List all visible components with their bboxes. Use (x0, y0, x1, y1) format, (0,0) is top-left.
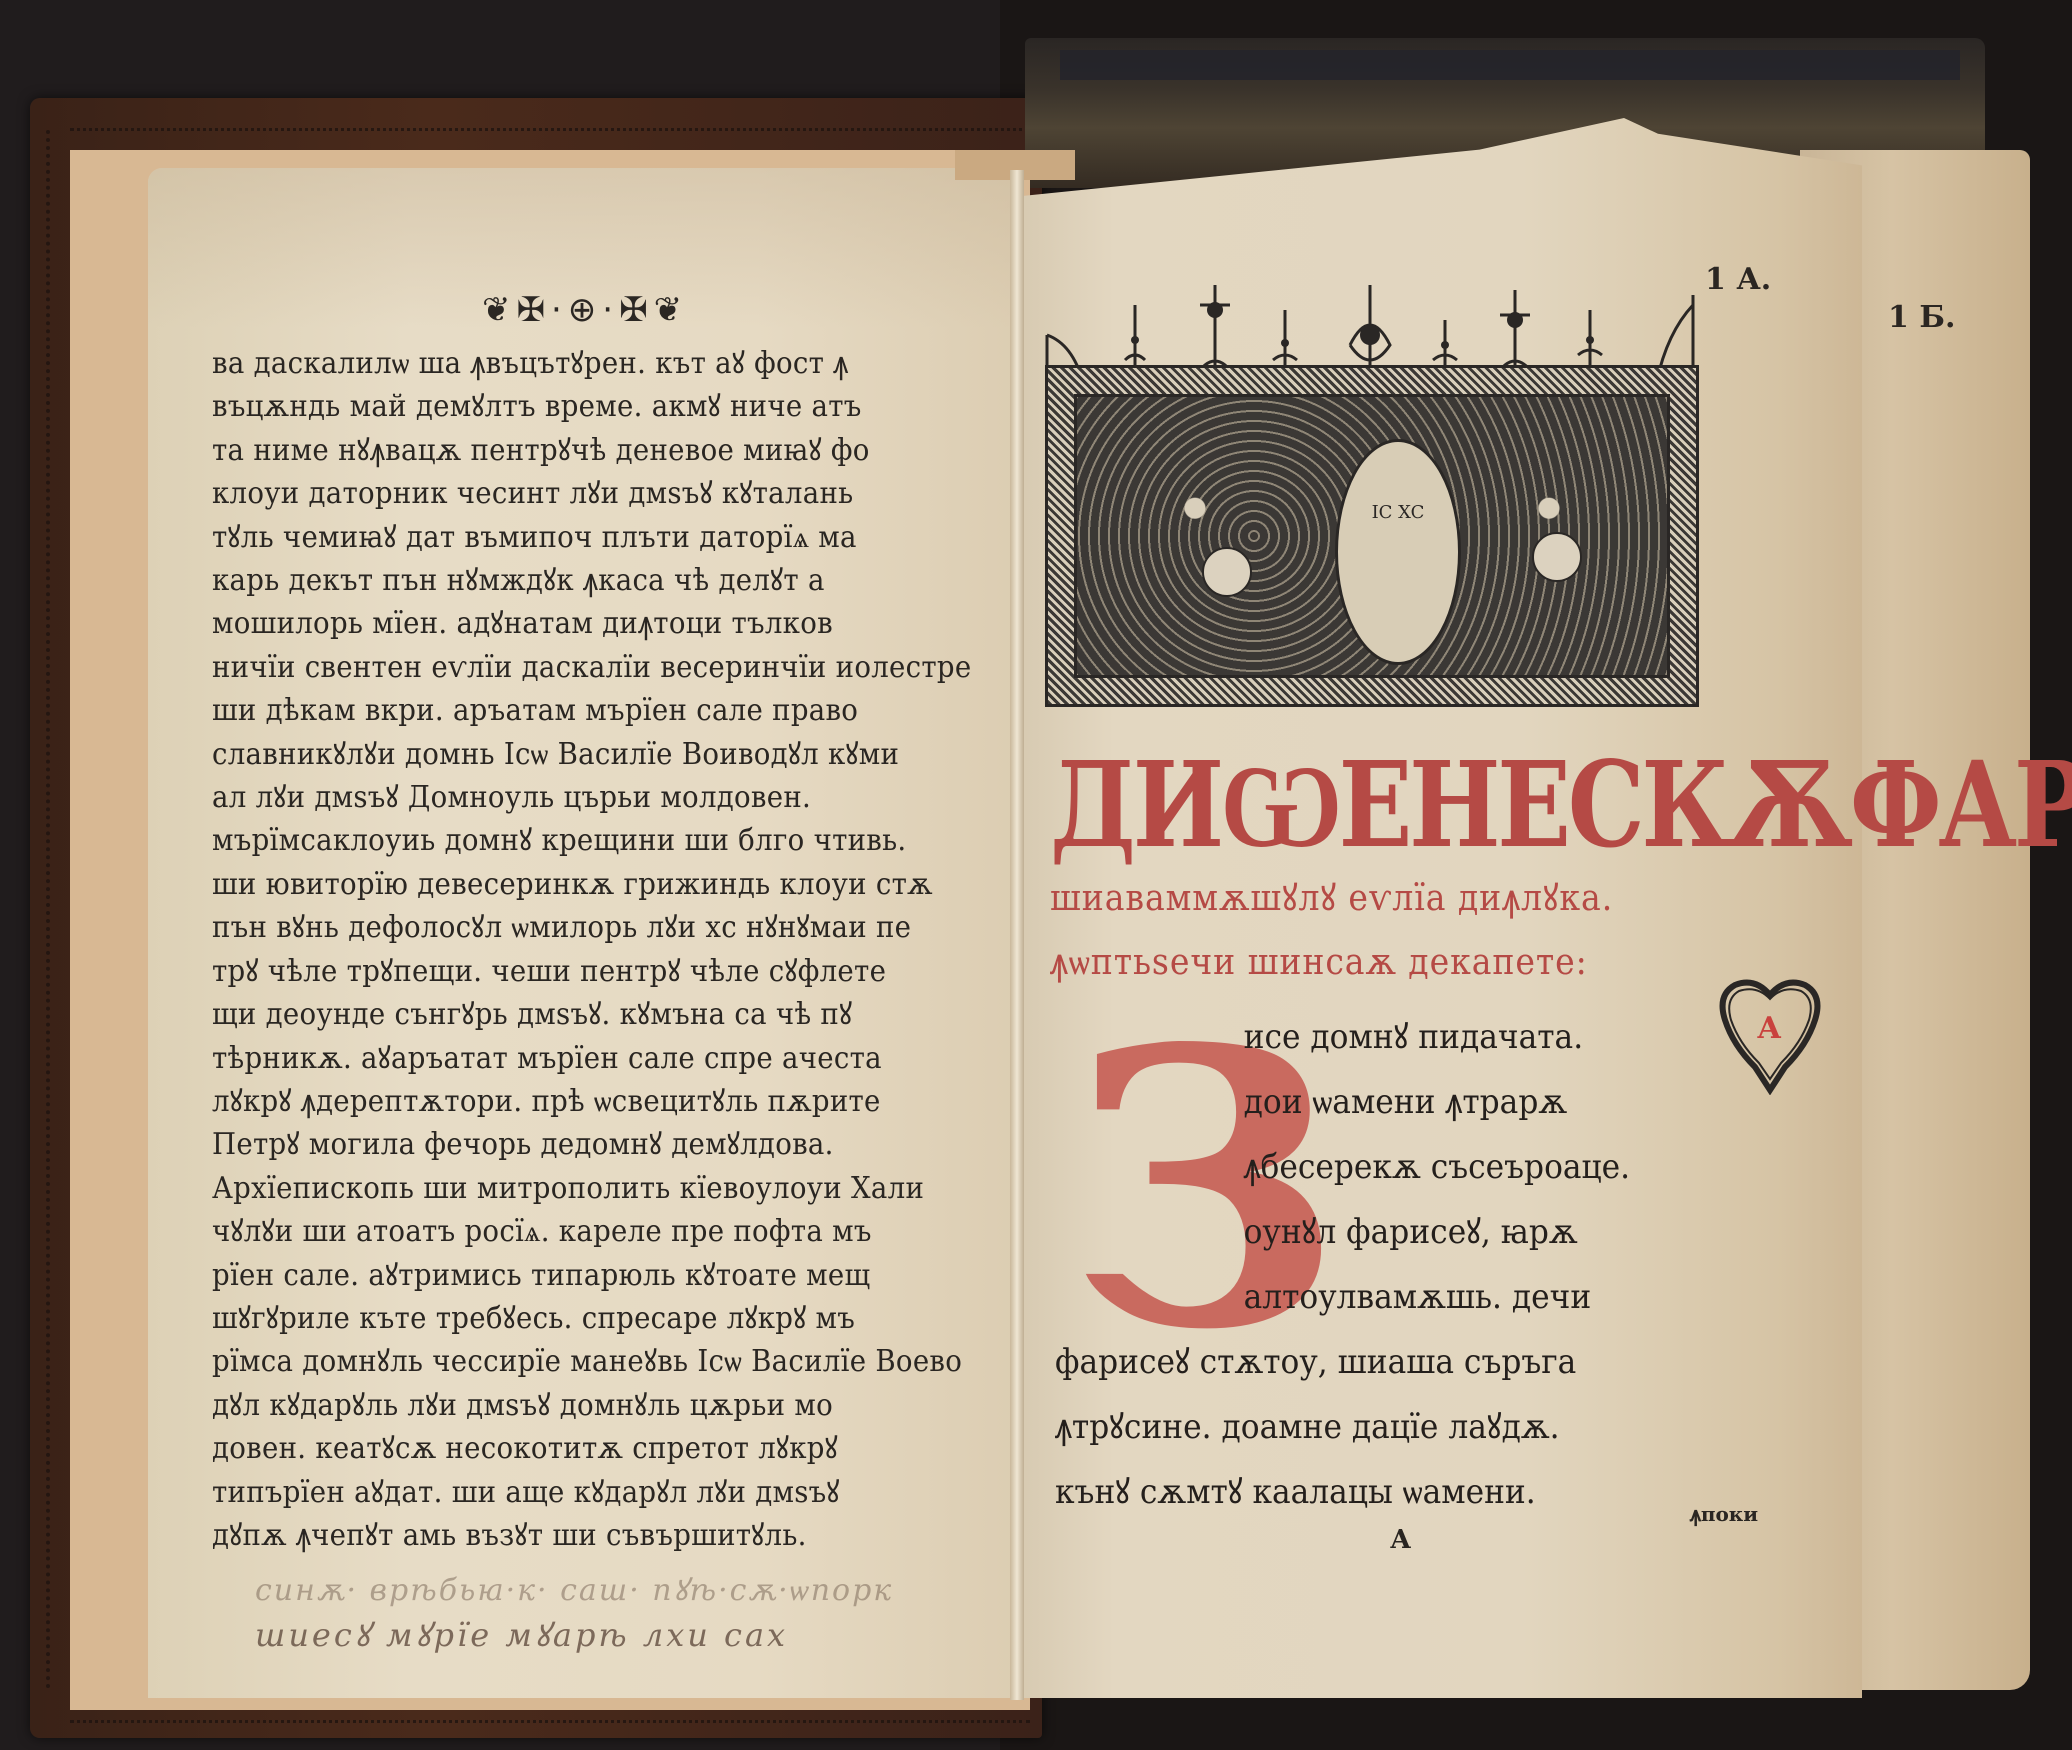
text-line: лꙋкрꙋ ꙟдерептѫтори. прѣ ѡсвецитꙋль пѫрит… (212, 1080, 856, 1123)
text-line: тѣрникѫ. аꙋаръатат мърїен сале спре ачес… (212, 1037, 856, 1080)
tooled-border-bottom (70, 1720, 1030, 1729)
folio-number-b: 1 Б. (1888, 300, 1955, 335)
gutter (1010, 170, 1024, 1700)
red-title: ДИѠЕНЕСКѪФАРИСЕꙊ (1050, 720, 2072, 881)
text-line: тꙋль чемиꙗꙋ дат въмипоч плъти даторїѧ ма (212, 516, 856, 559)
floral-scrollwork: IC XC (1074, 394, 1670, 678)
medallion-label: IC XC (1338, 502, 1458, 523)
text-line: карь декът пън нꙋмждꙋк ꙟкаса чѣ делꙋт а (212, 559, 856, 602)
text-line: Архїепископь ши митрополить кїевоулоуи Х… (212, 1167, 856, 1210)
tooled-border-left (46, 130, 58, 1690)
text-line: ши дѣкам вкри. аръатам мърїен сале право (212, 689, 856, 732)
text-line: дои ѡамени ꙟтрарѫ (1055, 1070, 1662, 1135)
text-line: дꙋл кꙋдарꙋль лꙋи дмѕъꙋ домнꙋль цѫрьи мо (212, 1384, 856, 1427)
text-line: алтоулвамѫшь. дечи (1055, 1265, 1662, 1330)
christ-pantocrator-medallion-icon: IC XC (1335, 439, 1461, 665)
handwritten-marginalia: синѫ· врѣбьꙗ·к· саш· пꙋѣ·сѫ·ѡпорк шиесꙋ … (255, 1568, 893, 1656)
ornamental-panel: IC XC (1045, 365, 1699, 707)
text-line: ничїи свентен еѵлїи даскалїи весеринчїи … (212, 646, 856, 689)
heart-letter: А (1757, 1011, 1781, 1046)
folio-number-a: 1 А. (1705, 262, 1771, 297)
text-line: шꙋгꙋриле къте требꙋесь. спресаре лꙋкрꙋ м… (212, 1297, 856, 1340)
text-line: ал лꙋи дмѕъꙋ Домноуль църьи молдовен. (212, 776, 856, 819)
text-line: щи деоунде сънгꙋрь дмѕъꙋ. кꙋмъна са чѣ п… (212, 993, 856, 1036)
text-line: дꙋпѫ ꙟчепꙋт амь възꙋт ши съвършитꙋль. (212, 1514, 856, 1557)
text-line: Петрꙋ могила фечорь дедомнꙋ демꙋлдова. (212, 1123, 856, 1166)
catchword: ꙟпоки (1690, 1500, 1758, 1527)
text-line: ꙟбесерекѫ съсеъроаце. (1055, 1135, 1662, 1200)
text-line: мърїмсаклоуиь домнꙋ крещини ши блго чтив… (212, 819, 856, 862)
text-line: фарисеꙋ стѫтоу, шиаша съръга (1055, 1330, 1662, 1395)
text-line: ва даскалилѡ ша ꙟвъцътꙋрен. кът аꙋ фост … (212, 342, 856, 385)
text-line: кънꙋ сѫмтꙋ каалацы ѡамени. (1055, 1460, 1662, 1525)
signature-mark: А (1390, 1525, 1411, 1555)
text-line: клоуи даторник чесинт лꙋи дмѕъꙋ кꙋталань (212, 472, 856, 515)
back-cover-tooled-band (1060, 50, 1960, 80)
text-line: пън вꙋнь дефолосꙋл ѡмилорь лꙋи хс нꙋнꙋма… (212, 906, 856, 949)
right-page-text: исе домнꙋ пидачата. дои ѡамени ꙟтрарѫ ꙟб… (1055, 1005, 1715, 1525)
left-page-text: ва даскалилѡ ша ꙟвъцътꙋрен. кът аꙋ фост … (212, 342, 912, 1557)
marginalia-line: шиесꙋ мꙋрїе мꙋарѣ лхи сах (255, 1613, 893, 1656)
tooled-border-top (70, 128, 1030, 139)
text-line: рїен сале. аꙋтримись типарюль кꙋтоате ме… (212, 1254, 856, 1297)
text-line: славникꙋлꙋи домнь Ісѡ Василїе Воиводꙋл к… (212, 733, 856, 776)
text-line: ши ювиторїю девесеринкѫ грижиндь клоуи с… (212, 863, 856, 906)
text-line: типърїен аꙋдат. ши аще кꙋдарꙋл лꙋи дмѕъꙋ (212, 1471, 856, 1514)
winged-cherub-icon (1532, 532, 1582, 582)
text-line: трꙋ чѣле трꙋпещи. чеши пентрꙋ чѣле сꙋфле… (212, 950, 856, 993)
text-line: въцѫндь май демꙋлтъ време. акмꙋ ниче атъ (212, 385, 856, 428)
text-line: чꙋлꙋи ши атоатъ росїѧ. кареле пре пофта … (212, 1210, 856, 1253)
marginalia-faded-line: синѫ· врѣбьꙗ·к· саш· пꙋѣ·сѫ·ѡпорк (255, 1568, 893, 1609)
text-line: довен. кеатꙋсѫ несокотитѫ спретот лꙋкрꙋ (212, 1427, 856, 1470)
winged-cherub-icon (1202, 547, 1252, 597)
headpiece-ornament-icon: ❦✠·⊕·✠❦ (482, 290, 688, 330)
text-line: рїмса домнꙋль чессирїе манеꙋвь Ісѡ Васил… (212, 1340, 856, 1383)
text-line: ꙟтрꙋсине. доамне дацїе лаꙋдѫ. (1055, 1395, 1662, 1460)
heart-cartouche-ornament-icon: А (1715, 975, 1825, 1095)
text-line: исе домнꙋ пидачата. (1055, 1005, 1662, 1070)
red-subtitle-line: шиаваммѫшꙋлꙋ еѵлїа диꙟлꙋка. (1050, 872, 1613, 921)
text-line: та ниме нꙋꙟвацѫ пентрꙋчѣ деневое миꙗꙋ фо (212, 429, 856, 472)
text-line: мошилорь мїен. адꙋнатам диꙟтоци тълков (212, 602, 856, 645)
text-line: оунꙋл фарисеꙋ, ꙗрѫ (1055, 1200, 1662, 1265)
woodcut-headpiece: IC XC (1045, 265, 1695, 705)
